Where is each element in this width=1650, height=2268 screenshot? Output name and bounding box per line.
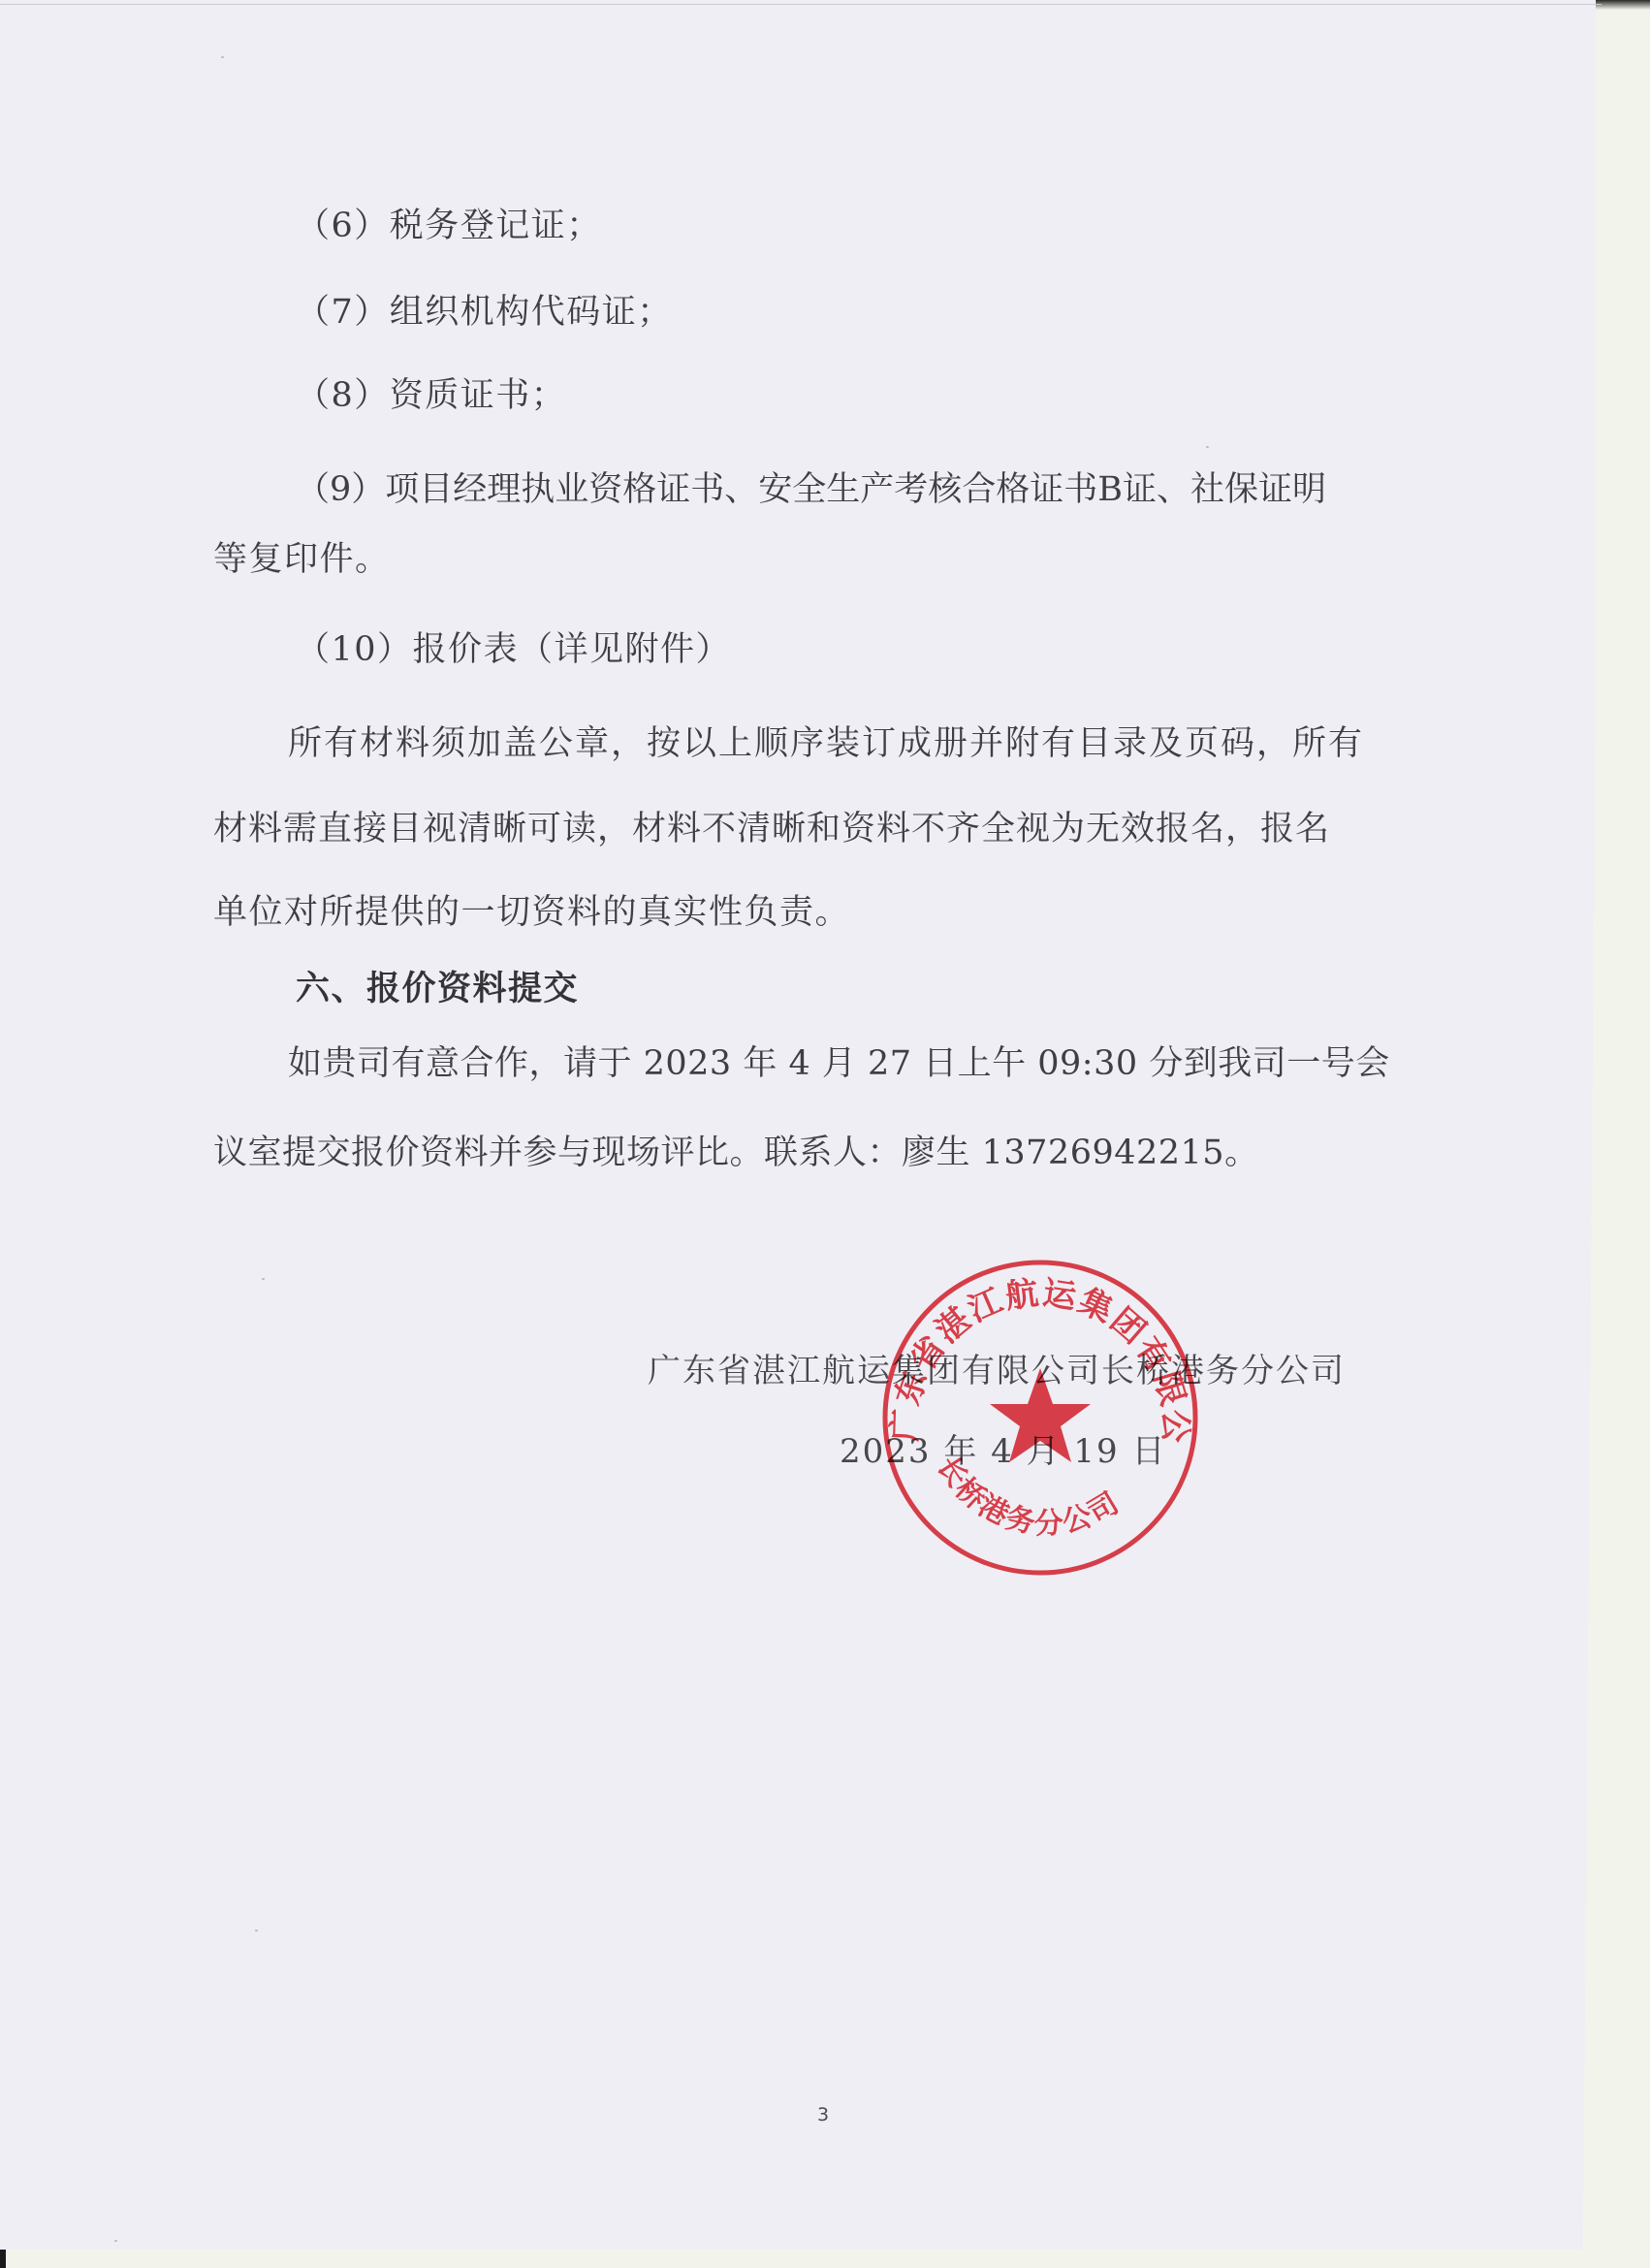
- paragraph-line: 材料需直接目视清晰可读，材料不清晰和资料不齐全视为无效报名，报名: [213, 813, 1330, 847]
- document-page: （6）税务登记证； （7）组织机构代码证； （8）资质证书； （9）项目经理执业…: [0, 0, 1596, 2250]
- list-item-10: （10）报价表（详见附件）: [296, 633, 731, 667]
- paragraph-line: 所有材料须加盖公章，按以上顺序装订成册并附有目录及页码，所有: [288, 727, 1364, 761]
- list-item-9: （9）项目经理执业资格证书、安全生产考核合格证书B证、社保证明: [296, 473, 1326, 507]
- paragraph-line: 议室提交报价资料并参与现场评比。联系人：廖生 13726942215。: [213, 1136, 1259, 1170]
- scan-speck: [221, 56, 224, 58]
- paragraph-line: 如贵司有意合作，请于 2023 年 4 月 27 日上午 09:30 分到我司一…: [288, 1047, 1390, 1081]
- scan-speck: [114, 2240, 117, 2242]
- scan-speck: [255, 1930, 258, 1932]
- seal-outer-text: 广东省湛江航运集团有限公司: [879, 1257, 1194, 1445]
- seal-ring: [885, 1262, 1195, 1573]
- scan-speck: [1206, 446, 1209, 448]
- signature-date: 2023 年 4 月 19 日: [840, 1435, 1166, 1468]
- paragraph-line: 单位对所提供的一切资料的真实性负责。: [213, 896, 850, 930]
- page-edge: [0, 4, 1602, 5]
- list-item-7: （7）组织机构代码证；: [296, 296, 673, 330]
- company-seal: 广东省湛江航运集团有限公司 长桥港务分公司: [879, 1257, 1201, 1579]
- svg-text:广东省湛江航运集团有限公司: 广东省湛江航运集团有限公司: [879, 1257, 1194, 1445]
- scan-speck: [262, 1278, 265, 1280]
- list-item-8: （8）资质证书；: [296, 379, 566, 413]
- signature-company: 广东省湛江航运集团有限公司长桥港务分公司: [648, 1355, 1346, 1388]
- list-item-9-continuation: 等复印件。: [213, 543, 391, 577]
- page-number: 3: [817, 2104, 829, 2125]
- list-item-6: （6）税务登记证；: [296, 209, 602, 243]
- section-heading: 六、报价资料提交: [296, 972, 579, 1006]
